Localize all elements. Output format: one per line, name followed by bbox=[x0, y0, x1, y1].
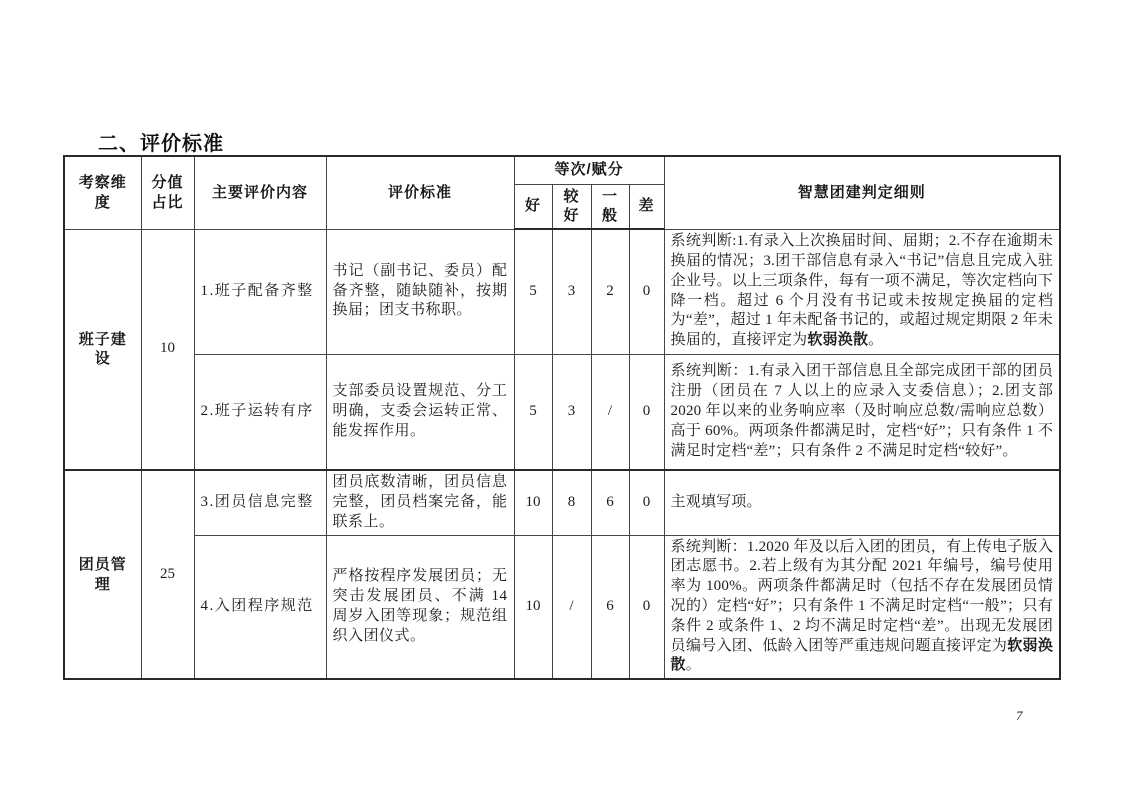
header-grade-poor: 差 bbox=[629, 184, 664, 229]
content-cell: 3.团员信息完整 bbox=[194, 470, 326, 535]
criteria-cell: 支部委员设置规范、分工明确，支委会运转正常、能发挥作用。 bbox=[326, 354, 514, 470]
header-grade-group: 等次/赋分 bbox=[514, 156, 664, 184]
score-average-cell: 6 bbox=[591, 470, 629, 535]
table-row: 2.班子运转有序 支部委员设置规范、分工明确，支委会运转正常、能发挥作用。 5 … bbox=[64, 354, 1060, 470]
score-average-cell: 2 bbox=[591, 229, 629, 354]
evaluation-standards-table: 考察维度 分值 占比 主要评价内容 评价标准 等次/赋分 智慧团建判定细则 好 … bbox=[63, 155, 1061, 680]
score-poor-cell: 0 bbox=[629, 229, 664, 354]
emphasis-text: 软弱涣散 bbox=[807, 332, 868, 348]
text-segment: 系统判断：1.2020 年及以后入团的团员，有上传电子版入团志愿书。2.若上级有… bbox=[671, 539, 1054, 654]
detail-cell: 系统判断：1.有录入团干部信息且全部完成团干部的团员注册（团员在 7 人以上的应… bbox=[664, 354, 1060, 470]
score-average-cell: 6 bbox=[591, 535, 629, 679]
text-segment: 主观填写项。 bbox=[671, 494, 762, 510]
header-grade-fair: 较 好 bbox=[552, 184, 591, 229]
table-row: 班子建设 10 1.班子配备齐整 书记（副书记、委员）配备齐整，随缺随补，按期换… bbox=[64, 229, 1060, 354]
score-poor-cell: 0 bbox=[629, 535, 664, 679]
group-dimension-cell: 班子建设 bbox=[64, 229, 141, 470]
score-good-cell: 10 bbox=[514, 535, 552, 679]
header-detail: 智慧团建判定细则 bbox=[664, 156, 1060, 229]
header-grade-average: 一 般 bbox=[591, 184, 629, 229]
score-fair-cell: / bbox=[552, 535, 591, 679]
content-cell: 1.班子配备齐整 bbox=[194, 229, 326, 354]
table-row: 4.入团程序规范 严格按程序发展团员；无突击发展团员、不满 14 周岁入团等现象… bbox=[64, 535, 1060, 679]
text-segment: 系统判断:1.有录入上次换届时间、届期；2.不存在逾期未换届的情况；3.团干部信… bbox=[671, 233, 1054, 348]
table-row: 团员管理 25 3.团员信息完整 团员底数清晰，团员信息完整，团员档案完备，能联… bbox=[64, 470, 1060, 535]
score-poor-cell: 0 bbox=[629, 354, 664, 470]
score-good-cell: 10 bbox=[514, 470, 552, 535]
text-segment: 系统判断：1.有录入团干部信息且全部完成团干部的团员注册（团员在 7 人以上的应… bbox=[671, 363, 1054, 458]
page-title: 二、评价标准 bbox=[98, 127, 224, 156]
header-content: 主要评价内容 bbox=[194, 156, 326, 229]
score-poor-cell: 0 bbox=[629, 470, 664, 535]
criteria-cell: 书记（副书记、委员）配备齐整，随缺随补，按期换届；团支书称职。 bbox=[326, 229, 514, 354]
score-good-cell: 5 bbox=[514, 354, 552, 470]
group-dimension-cell: 团员管理 bbox=[64, 470, 141, 679]
header-criteria: 评价标准 bbox=[326, 156, 514, 229]
criteria-cell: 严格按程序发展团员；无突击发展团员、不满 14 周岁入团等现象；规范组织入团仪式… bbox=[326, 535, 514, 679]
score-fair-cell: 3 bbox=[552, 229, 591, 354]
score-average-cell: / bbox=[591, 354, 629, 470]
page-number: 7 bbox=[1016, 708, 1023, 724]
detail-cell: 系统判断:1.有录入上次换届时间、届期；2.不存在逾期未换届的情况；3.团干部信… bbox=[664, 229, 1060, 354]
content-cell: 2.班子运转有序 bbox=[194, 354, 326, 470]
detail-cell: 主观填写项。 bbox=[664, 470, 1060, 535]
criteria-cell: 团员底数清晰，团员信息完整，团员档案完备，能联系上。 bbox=[326, 470, 514, 535]
group-weight-cell: 25 bbox=[141, 470, 194, 679]
text-segment: 。 bbox=[868, 332, 883, 348]
header-weight: 分值 占比 bbox=[141, 156, 194, 229]
score-good-cell: 5 bbox=[514, 229, 552, 354]
content-cell: 4.入团程序规范 bbox=[194, 535, 326, 679]
header-dimension: 考察维度 bbox=[64, 156, 141, 229]
score-fair-cell: 3 bbox=[552, 354, 591, 470]
text-segment: 。 bbox=[686, 657, 701, 673]
score-fair-cell: 8 bbox=[552, 470, 591, 535]
header-grade-good: 好 bbox=[514, 184, 552, 229]
group-weight-cell: 10 bbox=[141, 229, 194, 470]
detail-cell: 系统判断：1.2020 年及以后入团的团员，有上传电子版入团志愿书。2.若上级有… bbox=[664, 535, 1060, 679]
